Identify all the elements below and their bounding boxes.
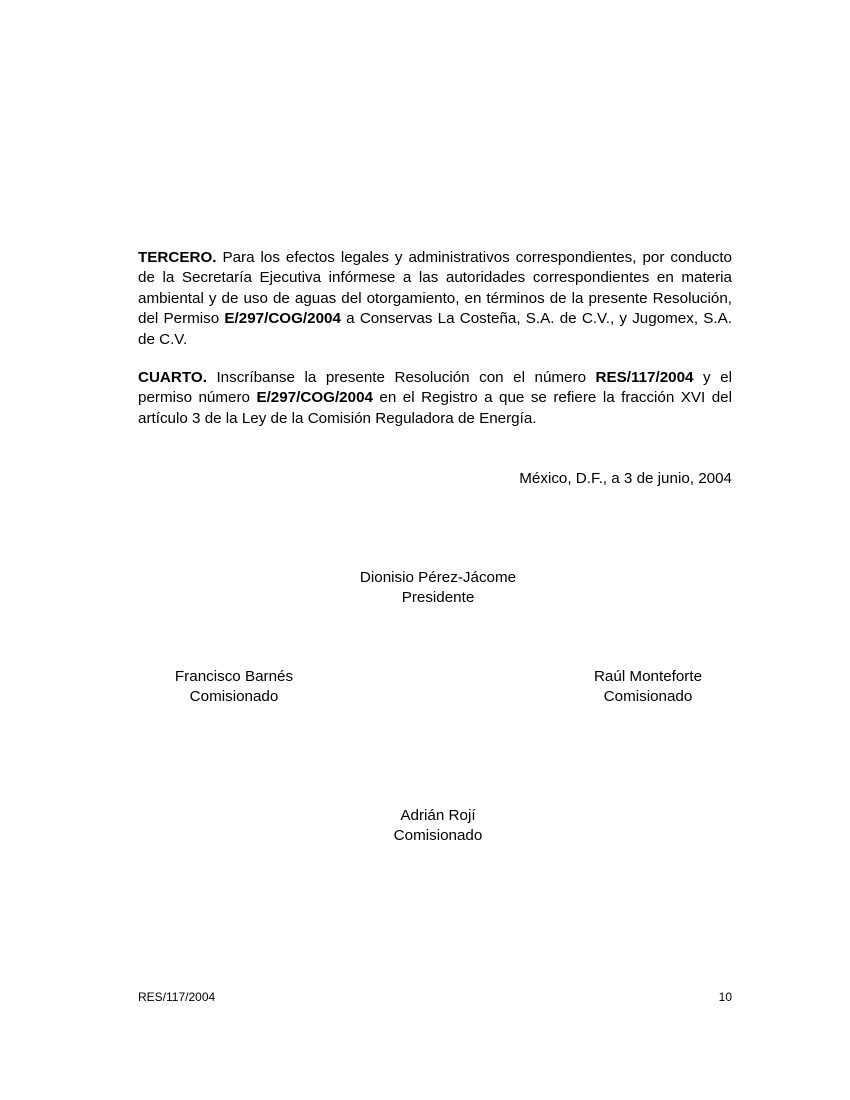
signatory-title: Comisionado [104,687,364,707]
signatory-name: Adrián Rojí [308,806,568,826]
document-page: TERCERO. Para los efectos legales y admi… [0,0,850,1100]
footer-reference: RES/117/2004 [138,990,215,1004]
signatory-title: Comisionado [308,826,568,846]
signatory-name: Dionisio Pérez-Jácome [308,568,568,588]
paragraph-cuarto: CUARTO. Inscríbanse la presente Resoluci… [138,368,732,429]
signature-block-barnes: Francisco Barnés Comisionado [104,667,364,707]
page-number: 10 [719,990,732,1004]
signatory-name: Francisco Barnés [104,667,364,687]
tercero-heading: TERCERO. [138,249,216,266]
cuarto-permit-number: E/297/COG/2004 [256,389,373,406]
signatory-name: Raúl Monteforte [518,667,778,687]
signature-block-roji: Adrián Rojí Comisionado [308,806,568,846]
cuarto-text-1: Inscríbanse la presente Resolución con e… [207,369,596,386]
tercero-permit-number: E/297/COG/2004 [224,310,341,327]
signatory-title: Presidente [308,588,568,608]
cuarto-resolution-number: RES/117/2004 [596,369,694,386]
date-line: México, D.F., a 3 de junio, 2004 [519,469,732,489]
cuarto-heading: CUARTO. [138,369,207,386]
signatory-title: Comisionado [518,687,778,707]
signature-block-presidente: Dionisio Pérez-Jácome Presidente [308,568,568,608]
paragraph-tercero: TERCERO. Para los efectos legales y admi… [138,248,732,350]
signature-block-monteforte: Raúl Monteforte Comisionado [518,667,778,707]
